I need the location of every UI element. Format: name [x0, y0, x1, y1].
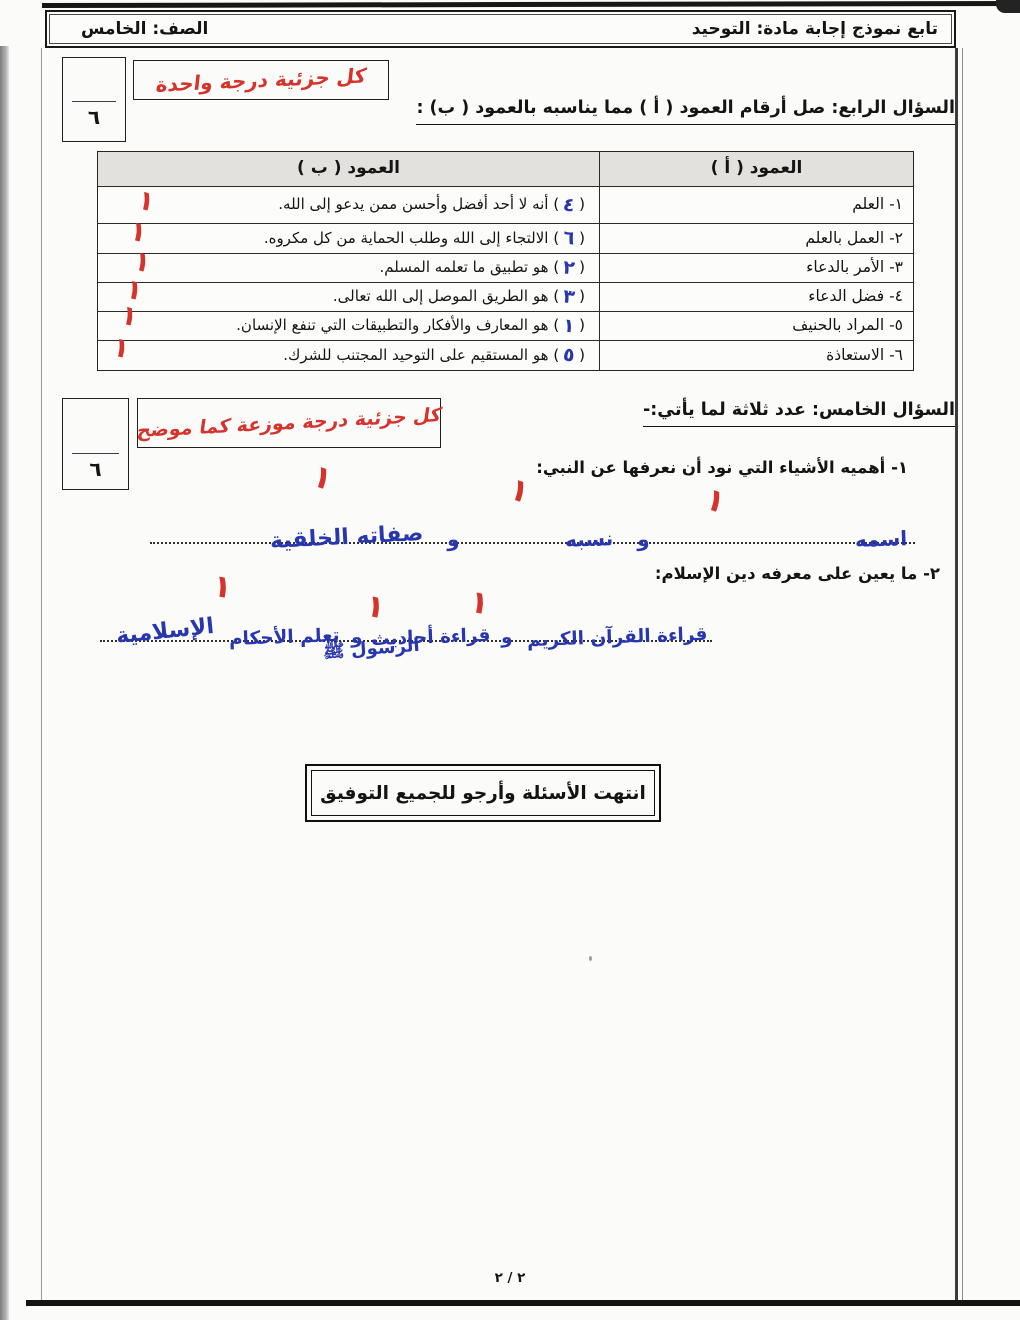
q5-score-total: ٦ — [63, 457, 128, 481]
item-a-1: ١- العلم — [599, 187, 913, 223]
paren-close: ) — [553, 230, 559, 248]
answer-line-1: اسمه و نسبه و صفاته الخلقية — [150, 502, 915, 544]
handwritten-answer-number: ١ — [562, 316, 576, 336]
page-border-right — [955, 48, 958, 1300]
q5-item1-prompt: ١- أهميه الأشياء التي نود أن نعرفها عن ا… — [536, 458, 908, 477]
paren-open: ( — [579, 347, 585, 365]
item-b-3: (٢) هو تطبيق ما تعلمه المسلم. — [98, 254, 599, 282]
grade-mark: ١ — [308, 461, 336, 496]
q5-marker-note: كل جزئية درجة موزعة كما موضح — [135, 404, 442, 442]
handwritten-conjunction: و — [636, 529, 649, 549]
paren-open: ( — [579, 196, 585, 214]
q4-score-total: ٦ — [63, 105, 125, 129]
paren-close: ) — [553, 196, 559, 214]
handwritten-answer-number: ٣ — [562, 287, 576, 307]
item-b-4: (٣) هو الطريق الموصل إلى الله تعالى. — [98, 283, 599, 311]
scan-speck — [589, 956, 592, 961]
q5-title: السؤال الخامس: عدد ثلاثة لما يأتي:- — [643, 400, 955, 427]
end-note-text: انتهت الأسئلة وأرجو للجميع التوفيق — [311, 770, 655, 816]
end-note-box: انتهت الأسئلة وأرجو للجميع التوفيق — [305, 764, 661, 822]
item-a-4: ٤- فضل الدعاء — [599, 283, 913, 311]
answer-line-2: قراءة القرآن الكريم و قراءة أحاديث و تعل… — [100, 598, 712, 642]
q4-score-box: ٦ — [62, 57, 126, 142]
handwritten-answer: الإسلامية — [115, 616, 215, 648]
handwritten-answer: صفاته الخلقية — [269, 523, 423, 553]
table-row: ٤- فضل الدعاء (٣) هو الطريق الموصل إلى ا… — [98, 282, 913, 311]
item-a-3: ٣- الأمر بالدعاء — [599, 254, 913, 282]
page-number: ٢ / ٢ — [430, 1270, 590, 1286]
q5-score-box: ٦ — [62, 398, 129, 490]
scan-top-line — [42, 1, 1020, 8]
item-b-1: (٤) أنه لا أحد أفضل وأحسن ممن يدعو إلى ا… — [98, 187, 599, 223]
scanned-exam-answer-sheet: تابع نموذج إجابة مادة: التوحيد الصف: الخ… — [0, 0, 1020, 1320]
q4-marker-note-box: كل جزئية درجة واحدة — [133, 60, 389, 100]
item-b-text: هو المعارف والأفكار والتطبيقات التي تنفع… — [236, 317, 548, 334]
q4-marker-note: كل جزئية درجة واحدة — [155, 63, 368, 96]
column-a-header: العمود ( أ ) — [599, 152, 913, 186]
paren-open: ( — [579, 259, 585, 277]
paren-open: ( — [579, 317, 585, 335]
item-b-text: هو المستقيم على التوحيد المجتنب للشرك. — [283, 347, 548, 364]
item-b-5: (١) هو المعارف والأفكار والتطبيقات التي … — [98, 312, 599, 340]
score-fraction-line — [72, 453, 119, 454]
paren-close: ) — [553, 288, 559, 306]
paren-open: ( — [579, 288, 585, 306]
handwritten-answer: قراءة القرآن الكريم — [526, 625, 707, 650]
item-a-2: ٢- العمل بالعلم — [599, 224, 913, 253]
score-fraction-line — [72, 101, 116, 102]
class-label: الصف: الخامس — [81, 19, 208, 39]
item-b-text: هو الطريق الموصل إلى الله تعالى. — [333, 288, 549, 305]
q5-marker-note-box: كل جزئية درجة موزعة كما موضح — [137, 398, 441, 448]
subject-title: تابع نموذج إجابة مادة: التوحيد — [692, 19, 938, 39]
header-bar: تابع نموذج إجابة مادة: التوحيد الصف: الخ… — [45, 10, 956, 48]
handwritten-answer-number: ٤ — [562, 195, 576, 215]
page-border-left — [41, 48, 42, 1300]
paren-close: ) — [553, 317, 559, 335]
scan-bottom-line — [26, 1300, 1020, 1306]
handwritten-conjunction: و — [500, 628, 512, 647]
scan-corner-mark — [996, 0, 1020, 13]
item-a-6: ٦- الاستعاذة — [599, 341, 913, 370]
item-b-2: (٦) الالتجاء إلى الله وطلب الحماية من كل… — [98, 224, 599, 253]
table-row: ٦- الاستعاذة (٥) هو المستقيم على التوحيد… — [98, 340, 913, 370]
handwritten-answer-number: ٢ — [562, 258, 576, 278]
handwritten-answer-number: ٥ — [562, 345, 576, 365]
table-row: ٣- الأمر بالدعاء (٢) هو تطبيق ما تعلمه ا… — [98, 253, 913, 282]
table-header-row: العمود ( أ ) العمود ( ب ) — [98, 152, 913, 186]
paren-close: ) — [553, 347, 559, 365]
item-b-6: (٥) هو المستقيم على التوحيد المجتنب للشر… — [98, 341, 599, 370]
q4-title: السؤال الرابع: صل أرقام العمود ( أ ) مما… — [416, 98, 955, 125]
column-b-header: العمود ( ب ) — [98, 152, 599, 186]
item-b-text: الالتجاء إلى الله وطلب الحماية من كل مكر… — [264, 230, 549, 247]
scan-edge-shadow — [0, 46, 9, 1320]
paren-close: ) — [553, 259, 559, 277]
paren-open: ( — [579, 230, 585, 248]
handwritten-answer: اسمه — [855, 528, 908, 550]
handwritten-answer: نسبه — [565, 528, 614, 550]
item-a-5: ٥- المراد بالحنيف — [599, 312, 913, 340]
item-b-text: هو تطبيق ما تعلمه المسلم. — [380, 259, 549, 276]
handwritten-conjunction: و — [446, 529, 459, 549]
matching-table: العمود ( أ ) العمود ( ب ) ١- العلم (٤) أ… — [97, 151, 914, 371]
handwritten-answer-number: ٦ — [562, 228, 576, 248]
table-row: ٥- المراد بالحنيف (١) هو المعارف والأفكا… — [98, 311, 913, 340]
table-row: ١- العلم (٤) أنه لا أحد أفضل وأحسن ممن ي… — [98, 186, 913, 223]
item-b-text: أنه لا أحد أفضل وأحسن ممن يدعو إلى الله. — [278, 196, 548, 213]
table-row: ٢- العمل بالعلم (٦) الالتجاء إلى الله وط… — [98, 223, 913, 253]
q5-item2-prompt: ٢- ما يعين على معرفه دين الإسلام: — [655, 564, 940, 583]
